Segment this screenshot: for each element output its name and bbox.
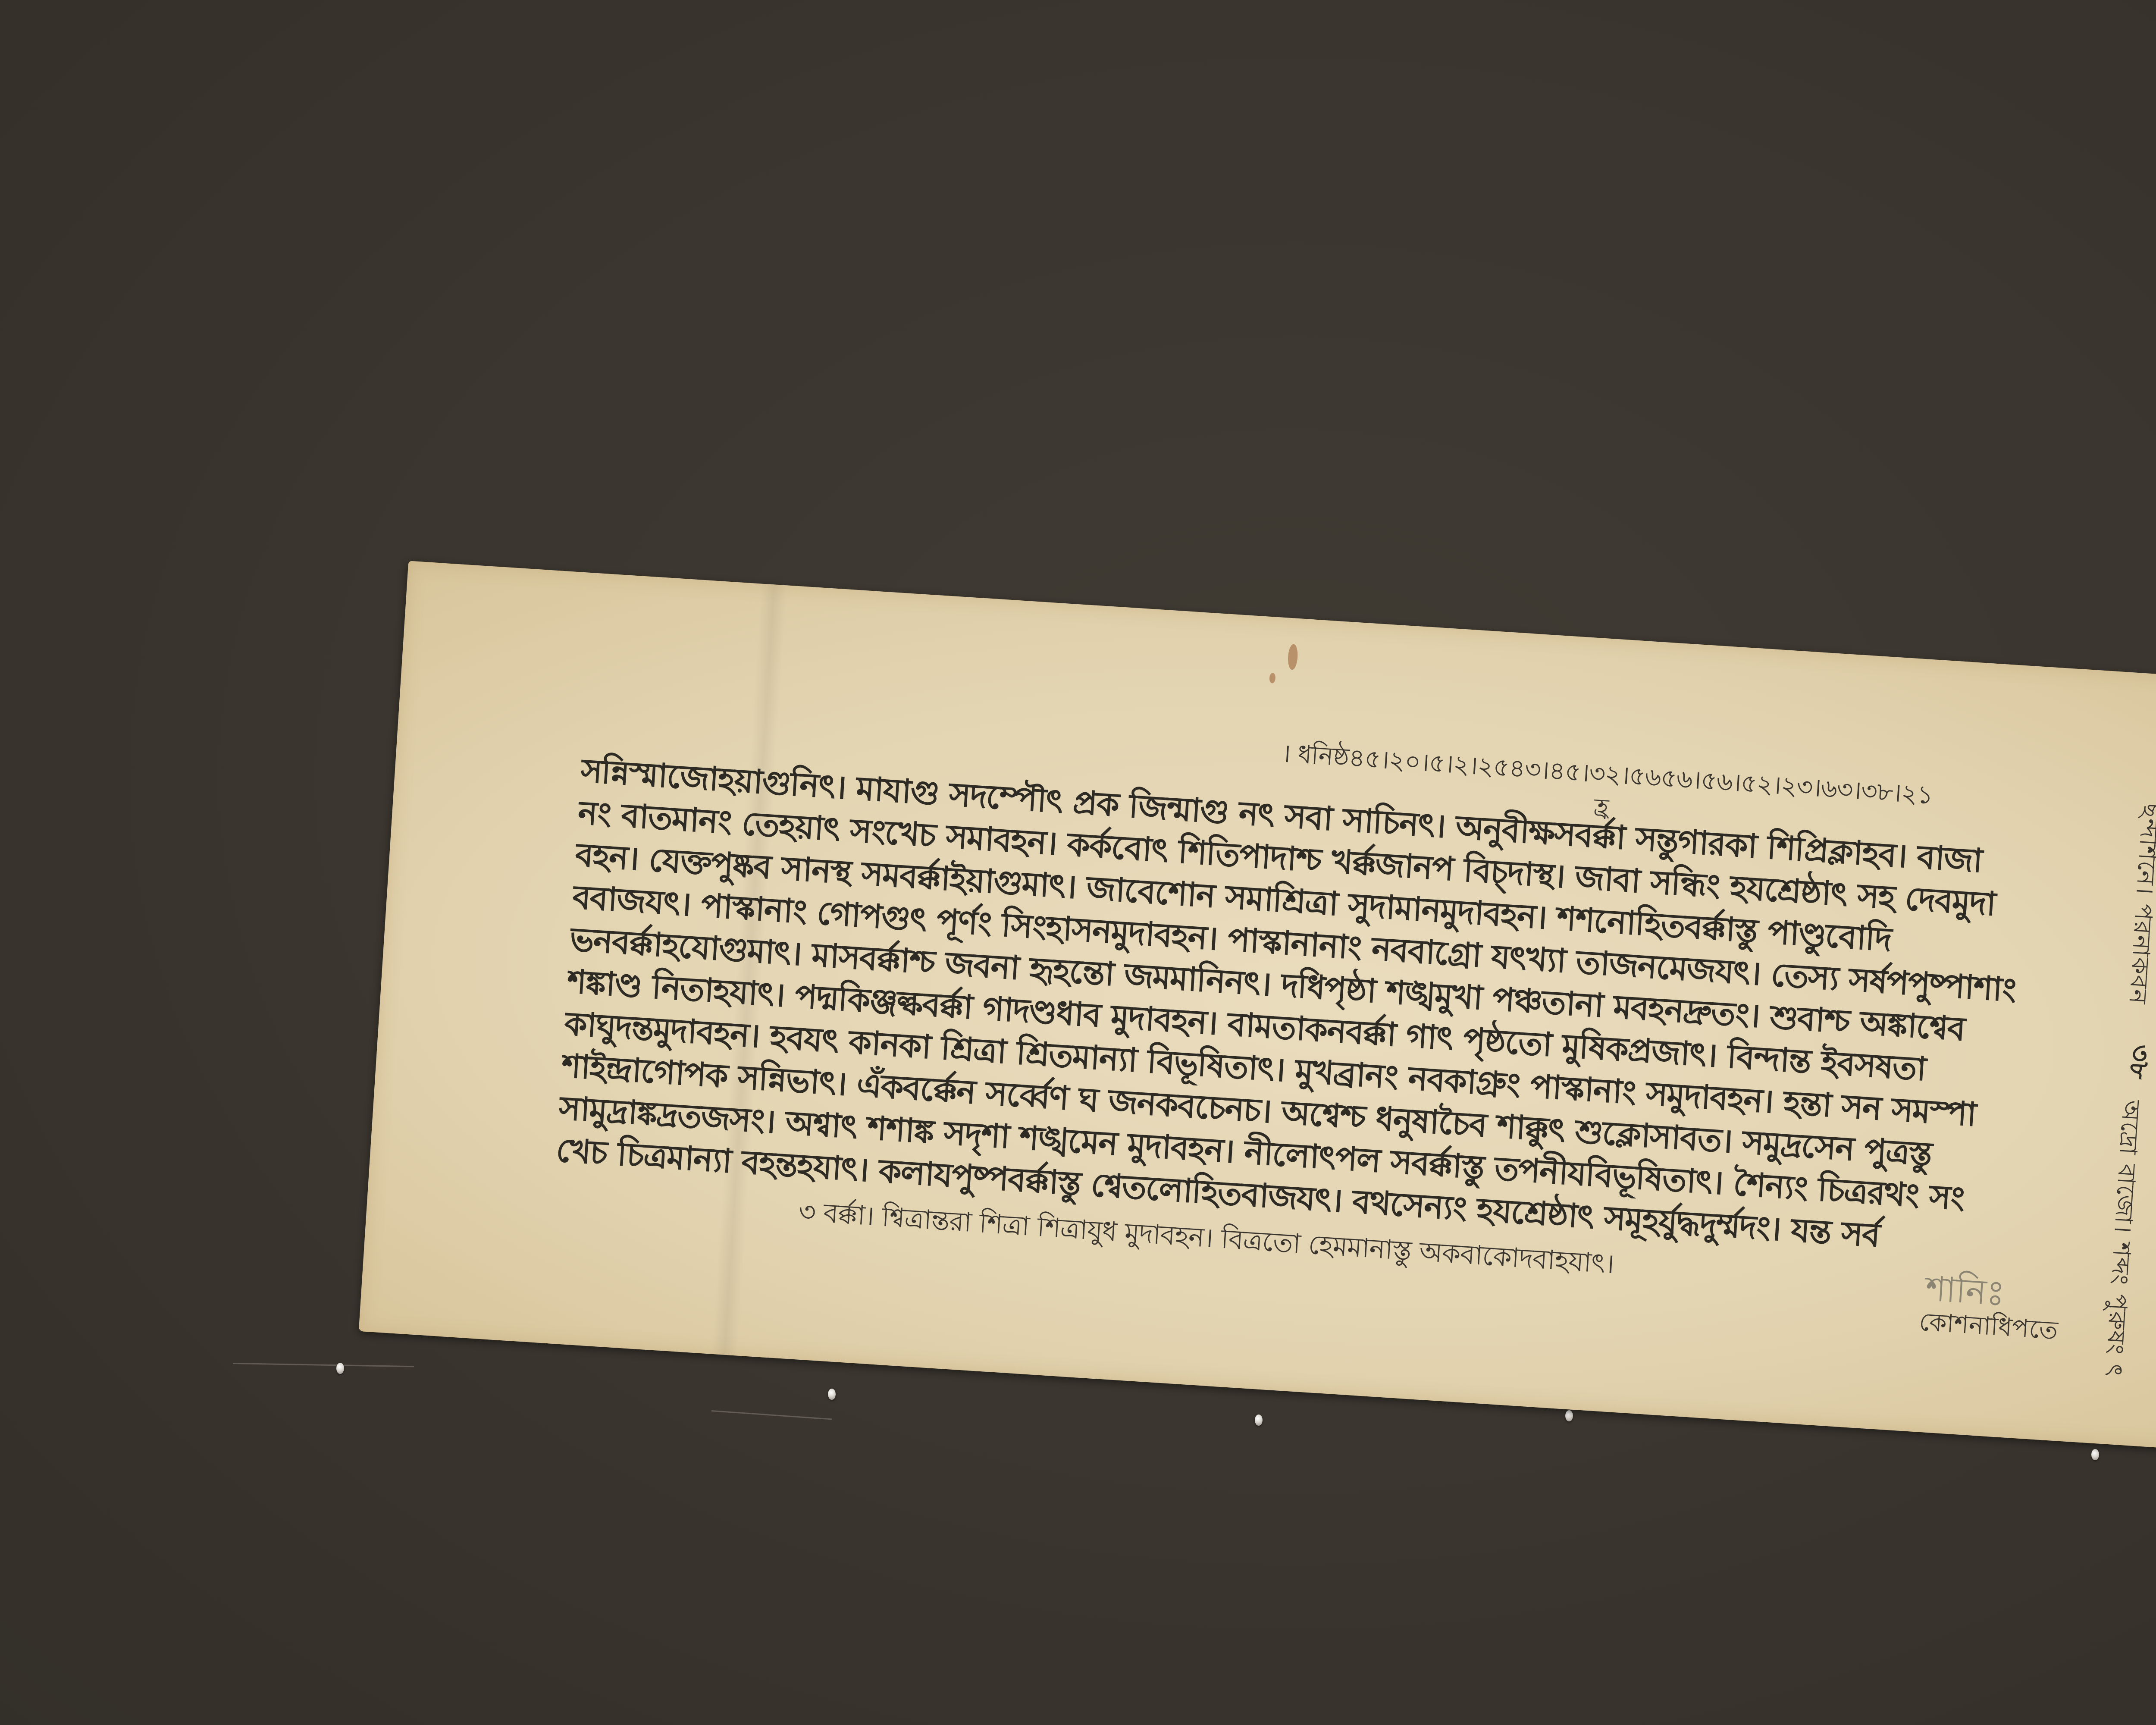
paper-stain <box>1269 673 1276 684</box>
bottom-sub-note: কোশনাধিপতে <box>1918 1302 2059 1353</box>
mounting-pin <box>2091 1449 2099 1460</box>
manuscript-leaf: । ধনিষ্ঠ৪৫।২০।৫।২।২৫৪৩।৪৫।৩২।৫৬৫৬।৫৬।৫২।… <box>359 561 2156 1453</box>
paper-stain <box>1287 644 1298 670</box>
mounting-pin <box>1255 1414 1263 1426</box>
mounting-pin <box>1565 1410 1573 1421</box>
folio-number: ৩৮ <box>2116 1043 2156 1081</box>
mounting-pin <box>828 1389 836 1400</box>
main-text-block: সন্নিস্মাজোহয়াগুনিৎ। মাযাগু সদম্পৌৎ প্র… <box>555 749 2131 1271</box>
mounting-pin <box>336 1363 344 1374</box>
